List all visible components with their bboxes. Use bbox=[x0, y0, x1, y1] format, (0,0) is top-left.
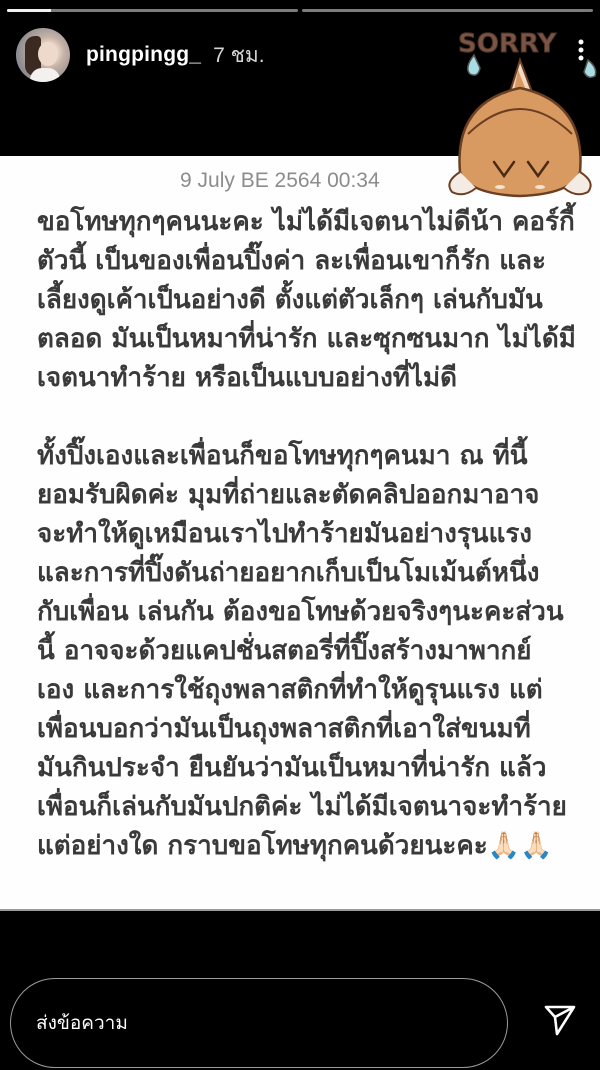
avatar[interactable] bbox=[16, 28, 70, 82]
story-header: pingpingg_ 7 ชม. bbox=[16, 28, 265, 82]
story-progress-bar bbox=[7, 9, 593, 12]
pray-emoji-icon: 🙏🏻🙏🏻 bbox=[488, 831, 553, 861]
story-text-card: 9 July BE 2564 00:34 ขอโทษทุกๆคนนะคะ ไม่… bbox=[0, 156, 600, 911]
send-message-input[interactable] bbox=[36, 1012, 507, 1034]
time-ago: 7 ชม. bbox=[213, 39, 264, 72]
story-segment-2 bbox=[302, 9, 593, 12]
svg-text:SORRY: SORRY bbox=[458, 29, 557, 59]
paper-plane-icon bbox=[543, 1003, 577, 1037]
send-button[interactable] bbox=[540, 1000, 580, 1040]
post-date: 9 July BE 2564 00:34 bbox=[180, 169, 380, 193]
apology-text: ขอโทษทุกๆคนนะคะ ไม่ได้มีเจตนาไม่ดีน้า คอ… bbox=[37, 203, 577, 866]
paragraph-2: ทั้งปิ๊งเองและเพื่อนก็ขอโทษทุกๆคนมา ณ ที… bbox=[37, 437, 577, 866]
username[interactable]: pingpingg_ bbox=[86, 43, 201, 67]
story-segment-1 bbox=[7, 9, 298, 12]
paragraph-1: ขอโทษทุกๆคนนะคะ ไม่ได้มีเจตนาไม่ดีน้า คอ… bbox=[37, 203, 577, 398]
message-composer[interactable] bbox=[10, 978, 508, 1068]
sorry-sticker-icon[interactable]: SORRY bbox=[440, 22, 600, 202]
